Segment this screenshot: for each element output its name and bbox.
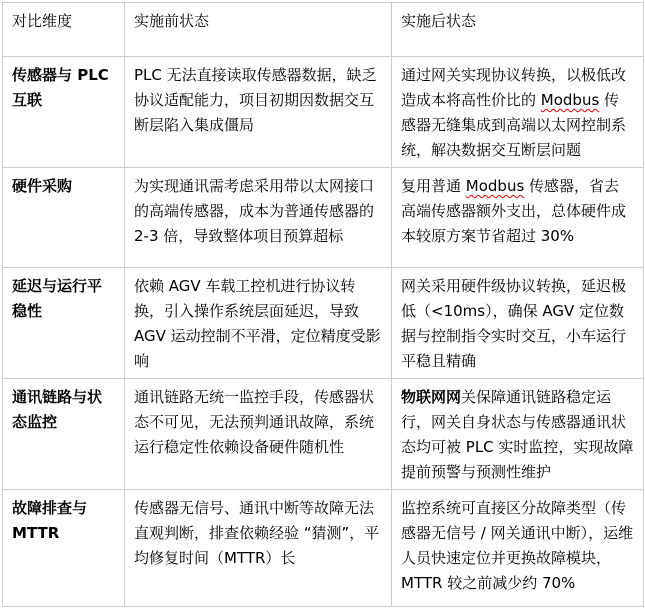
- before-cell: PLC 无法直接读取传感器数据，缺乏协议适配能力，项目初期因数据交互断层陷入集成…: [125, 57, 392, 168]
- dimension-cell: 通讯链路与状态监控: [3, 379, 125, 490]
- header-label: 实施后状态: [401, 12, 476, 30]
- after-text: 网关采用硬件级协议转换，延迟极低（<10ms），确保 AGV 定位数据与控制指令…: [401, 277, 626, 370]
- table-header-row: 对比维度 实施前状态 实施后状态: [3, 3, 644, 57]
- dimension-text: 传感器与 PLC 互联: [12, 66, 109, 109]
- after-cell: 监控系统可直接区分故障类型（传感器无信号 / 网关通讯中断），运维人员快速定位并…: [392, 490, 644, 607]
- after-cell: 物联网网关保障通讯链路稳定运行，网关自身状态与传感器通讯状态均可被 PLC 实时…: [392, 379, 644, 490]
- dimension-cell: 硬件采购: [3, 168, 125, 268]
- misspelled-word: Modbus: [466, 177, 524, 195]
- table-row: 硬件采购 为实现通讯需考虑采用带以太网接口的高端传感器，成本为普通传感器的 2-…: [3, 168, 644, 268]
- comparison-table: 对比维度 实施前状态 实施后状态 传感器与 PLC 互联 PLC 无法直接读取传…: [2, 2, 644, 607]
- table-row: 通讯链路与状态监控 通讯链路无统一监控手段，传感器状态不可见，无法预判通讯故障，…: [3, 379, 644, 490]
- header-after: 实施后状态: [392, 3, 644, 57]
- after-cell: 通过网关实现协议转换，以极低改造成本将高性价比的 Modbus 传感器无缝集成到…: [392, 57, 644, 168]
- before-text: PLC 无法直接读取传感器数据，缺乏协议适配能力，项目初期因数据交互断层陷入集成…: [134, 66, 377, 134]
- header-before: 实施前状态: [125, 3, 392, 57]
- dimension-text: 故障排查与 MTTR: [12, 499, 87, 542]
- after-cell: 网关采用硬件级协议转换，延迟极低（<10ms），确保 AGV 定位数据与控制指令…: [392, 268, 644, 379]
- after-cell: 复用普通 Modbus 传感器，省去高端传感器额外支出，总体硬件成本较原方案节省…: [392, 168, 644, 268]
- dimension-cell: 传感器与 PLC 互联: [3, 57, 125, 168]
- dimension-text: 延迟与运行平稳性: [12, 277, 102, 320]
- header-dimension: 对比维度: [3, 3, 125, 57]
- before-cell: 传感器无信号、通讯中断等故障无法直观判断，排查依赖经验 “猜测”，平均修复时间（…: [125, 490, 392, 607]
- misspelled-word: Modbus: [541, 91, 599, 109]
- dimension-cell: 延迟与运行平稳性: [3, 268, 125, 379]
- before-cell: 为实现通讯需考虑采用带以太网接口的高端传感器，成本为普通传感器的 2-3 倍，导…: [125, 168, 392, 268]
- table-row: 故障排查与 MTTR 传感器无信号、通讯中断等故障无法直观判断，排查依赖经验 “…: [3, 490, 644, 607]
- dimension-text: 通讯链路与状态监控: [12, 388, 102, 431]
- dimension-text: 硬件采购: [12, 177, 72, 195]
- after-text: 复用普通: [401, 177, 466, 195]
- after-bold-text: 物联网网: [401, 388, 461, 406]
- table-row: 延迟与运行平稳性 依赖 AGV 车载工控机进行协议转换，引入操作系统层面延迟，导…: [3, 268, 644, 379]
- before-text: 依赖 AGV 车载工控机进行协议转换，引入操作系统层面延迟，导致 AGV 运动控…: [134, 277, 381, 370]
- after-text: 监控系统可直接区分故障类型（传感器无信号 / 网关通讯中断），运维人员快速定位并…: [401, 499, 633, 592]
- dimension-cell: 故障排查与 MTTR: [3, 490, 125, 607]
- before-cell: 依赖 AGV 车载工控机进行协议转换，引入操作系统层面延迟，导致 AGV 运动控…: [125, 268, 392, 379]
- table-row: 传感器与 PLC 互联 PLC 无法直接读取传感器数据，缺乏协议适配能力，项目初…: [3, 57, 644, 168]
- header-label: 对比维度: [12, 12, 72, 30]
- before-text: 为实现通讯需考虑采用带以太网接口的高端传感器，成本为普通传感器的 2-3 倍，导…: [134, 177, 374, 245]
- before-text: 通讯链路无统一监控手段，传感器状态不可见，无法预判通讯故障，系统运行稳定性依赖设…: [134, 388, 374, 456]
- before-text: 传感器无信号、通讯中断等故障无法直观判断，排查依赖经验 “猜测”，平均修复时间（…: [134, 499, 379, 567]
- header-label: 实施前状态: [134, 12, 209, 30]
- before-cell: 通讯链路无统一监控手段，传感器状态不可见，无法预判通讯故障，系统运行稳定性依赖设…: [125, 379, 392, 490]
- document-body: 对比维度 实施前状态 实施后状态 传感器与 PLC 互联 PLC 无法直接读取传…: [0, 0, 645, 609]
